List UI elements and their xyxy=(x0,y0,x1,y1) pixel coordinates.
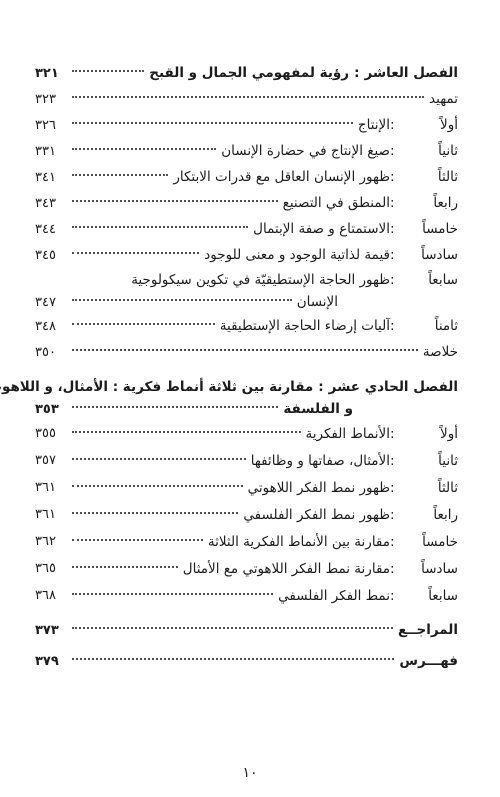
toc-row: ثامناً:آليات إرضاء الحاجة الإستطيقية٣٤٨ xyxy=(35,313,458,339)
toc-entry-colon: : xyxy=(390,117,395,133)
toc-entry-label-column: ثانياً: xyxy=(390,453,458,469)
toc-page-number: ٣٤١ xyxy=(35,170,67,185)
toc-row-line2: الإنسان٣٤٧ xyxy=(35,291,458,313)
toc-chapter-title: رؤية لمفهومي الجمال و القبح xyxy=(149,65,349,81)
toc-row-wrapped: الفصل الحادي عشر:مقارنة بين ثلاثة أنماط … xyxy=(35,375,458,420)
toc-page-number: ٣٤٤ xyxy=(35,222,67,237)
toc-entry-title: آليات إرضاء الحاجة الإستطيقية xyxy=(220,318,390,334)
toc-page-number: ٣٤٧ xyxy=(35,295,67,310)
toc-row-line1: سابعاً:ظهور الحاجة الإستطيقيّة في تكوين … xyxy=(35,268,458,291)
toc-entry-label-column: رابعاً: xyxy=(390,507,458,523)
toc-row: ثالثاً:ظهور نمط الفكر اللاهوتي٣٦١ xyxy=(35,474,458,501)
book-toc-page: الفصل العاشر:رؤية لمفهومي الجمال و القبح… xyxy=(0,0,500,797)
toc-entry-colon: : xyxy=(390,588,395,604)
toc-row-wrapped: سابعاً:ظهور الحاجة الإستطيقيّة في تكوين … xyxy=(35,268,458,313)
toc-entry-title: قيمة لذاتية الوجود و معنى للوجود xyxy=(204,247,390,263)
toc-entry-label-column: ثالثاً: xyxy=(390,169,458,185)
toc-page-number: ٣٦١ xyxy=(35,507,67,522)
toc-entry-colon: : xyxy=(390,169,395,185)
toc-row: خامساً:مقارنة بين الأنماط الفكرية الثلاث… xyxy=(35,528,458,555)
toc-entry-title: الأمثال، صفاتها و وظائفها xyxy=(251,453,390,469)
dot-leader xyxy=(72,485,243,487)
dot-leader xyxy=(72,458,246,460)
toc-entry-label: سادساً xyxy=(421,247,458,263)
toc-entry-label: أولاً xyxy=(440,426,458,442)
toc-entry-colon: : xyxy=(390,507,395,523)
toc-row: خامساً:الاستمتاع و صفة الإبتمال٣٤٤ xyxy=(35,216,458,242)
toc-entry-label-column: أولاً: xyxy=(390,426,458,442)
toc-page-number: ٣٢٦ xyxy=(35,118,67,133)
dot-leader xyxy=(72,566,178,568)
toc-entry-title: المنطق في التصنيع xyxy=(283,195,390,211)
dot-leader xyxy=(72,299,292,301)
toc-entry-colon: : xyxy=(390,561,395,577)
toc-page-number: ٣٢١ xyxy=(35,66,67,81)
toc-chapter-label: الفصل الحادي عشر xyxy=(329,379,458,395)
toc-page-number: ٣٥٧ xyxy=(35,453,67,468)
toc-page-number: ٣٣١ xyxy=(35,144,67,159)
toc-entry-label: رابعاً xyxy=(433,507,458,523)
toc-entry-label-column: سادساً: xyxy=(390,561,458,577)
toc-row: فهـــرس٣٧٩ xyxy=(35,648,458,674)
toc-row: خلاصة٣٥٠ xyxy=(35,339,458,365)
dot-leader xyxy=(72,512,238,514)
dot-leader xyxy=(72,252,199,254)
dot-leader xyxy=(72,349,418,351)
toc-page-number: ٣٦٨ xyxy=(35,588,67,603)
toc-row: أولاً:الإنتاج٣٢٦ xyxy=(35,112,458,138)
toc-row: سابعاً:نمط الفكر الفلسفي٣٦٨ xyxy=(35,582,458,609)
toc-entry-label-column: سابعاً: xyxy=(390,588,458,604)
toc-row: سادساً:قيمة لذاتية الوجود و معنى للوجود٣… xyxy=(35,242,458,268)
dot-leader xyxy=(72,148,216,150)
toc-page-number: ٣٦٢ xyxy=(35,534,67,549)
footer-page-number: ١٠ xyxy=(0,765,500,781)
toc-row: ثالثاً:ظهور الإنسان العاقل مع قدرات الاب… xyxy=(35,164,458,190)
toc-entry-label: ثالثاً xyxy=(438,169,458,185)
toc-entry-title: ظهور نمط الفكر اللاهوتي xyxy=(248,480,390,496)
toc-entry-colon: : xyxy=(390,318,395,334)
toc-page-number: ٣٧٩ xyxy=(35,654,67,669)
dot-leader xyxy=(72,70,144,72)
toc-entry-title: الاستمتاع و صفة الإبتمال xyxy=(253,221,390,237)
dot-leader xyxy=(72,658,394,660)
toc-entry-label: سابعاً xyxy=(428,588,458,604)
toc-entry-colon: : xyxy=(390,221,395,237)
toc-row: الفصل العاشر:رؤية لمفهومي الجمال و القبح… xyxy=(35,60,458,86)
toc-entry-colon: : xyxy=(390,247,395,263)
toc-entry-label-column: ثانياً: xyxy=(390,143,458,159)
toc-page-number: ٣٧٣ xyxy=(35,623,67,638)
dot-leader xyxy=(72,96,424,98)
toc-entry-label: فهـــرس xyxy=(399,653,458,669)
toc-entry-colon: : xyxy=(390,534,395,550)
toc-entry-label-column: أولاً: xyxy=(390,117,458,133)
toc-entry-label: رابعاً xyxy=(433,195,458,211)
toc-entry-colon: : xyxy=(390,480,395,496)
toc-row-line1: الفصل الحادي عشر:مقارنة بين ثلاثة أنماط … xyxy=(35,375,458,398)
toc-entry-title-continued: الإنسان xyxy=(297,294,338,310)
toc-entry-title: ظهور الإنسان العاقل مع قدرات الابتكار xyxy=(173,169,390,185)
toc-entry-label: خامساً xyxy=(422,534,458,550)
toc-chapter-colon: : xyxy=(349,65,364,81)
toc-row: ثانياً:صيغ الإنتاج في حضارة الإنسان٣٣١ xyxy=(35,138,458,164)
dot-leader xyxy=(72,174,168,176)
toc-chapter-label: الفصل العاشر xyxy=(364,65,458,81)
toc-page-number: ٣٦٥ xyxy=(35,561,67,576)
toc-entry-colon: : xyxy=(390,453,395,469)
toc-entry-label: ثانياً xyxy=(438,143,458,159)
toc-entry-label-column: رابعاً: xyxy=(390,195,458,211)
dot-leader xyxy=(72,627,393,629)
toc-entry-label-column: ثالثاً: xyxy=(390,480,458,496)
toc-entry-label: خامساً xyxy=(422,221,458,237)
toc-entry-label: تمهيد xyxy=(429,91,458,107)
dot-leader xyxy=(72,539,203,541)
toc-entry-title: صيغ الإنتاج في حضارة الإنسان xyxy=(221,143,390,159)
dot-leader xyxy=(72,200,278,202)
toc-list: الفصل العاشر:رؤية لمفهومي الجمال و القبح… xyxy=(0,0,500,674)
toc-page-number: ٣٢٣ xyxy=(35,92,67,107)
toc-entry-label: ثانياً xyxy=(438,453,458,469)
toc-page-number: ٣٦١ xyxy=(35,480,67,495)
toc-page-number: ٣٤٨ xyxy=(35,319,67,334)
toc-entry-label: المراجــع xyxy=(398,622,458,638)
toc-page-number: ٣٤٥ xyxy=(35,248,67,263)
toc-entry-label: ثالثاً xyxy=(438,480,458,496)
toc-row: أولاً:الأنماط الفكرية٣٥٥ xyxy=(35,420,458,447)
toc-entry-colon: : xyxy=(390,426,395,442)
toc-row: تمهيد٣٢٣ xyxy=(35,86,458,112)
toc-entry-label: خلاصة xyxy=(423,344,458,360)
toc-entry-label-column: خامساً: xyxy=(390,221,458,237)
toc-entry-title-continued: و الفلسفة xyxy=(283,401,353,417)
toc-entry-title: الأنماط الفكرية xyxy=(306,426,391,442)
toc-entry-label: سابعاً xyxy=(428,272,458,288)
toc-entry-title: نمط الفكر الفلسفي xyxy=(278,588,390,604)
toc-row: ثانياً:الأمثال، صفاتها و وظائفها٣٥٧ xyxy=(35,447,458,474)
toc-row: المراجــع٣٧٣ xyxy=(35,617,458,643)
toc-page-number: ٣٤٣ xyxy=(35,196,67,211)
toc-entry-label-column: سابعاً: xyxy=(390,272,458,288)
toc-row: سادساً:مقارنة نمط الفكر اللاهوتي مع الأم… xyxy=(35,555,458,582)
toc-page-number: ٣٥٣ xyxy=(35,402,67,417)
toc-entry-label-column: سادساً: xyxy=(390,247,458,263)
toc-page-number: ٣٥٠ xyxy=(35,345,67,360)
toc-entry-title: ظهور الحاجة الإستطيقيّة في تكوين سيكولوج… xyxy=(131,272,390,288)
dot-leader xyxy=(72,226,248,228)
dot-leader xyxy=(72,431,301,433)
toc-entry-colon: : xyxy=(390,272,395,288)
toc-chapter-colon: : xyxy=(313,379,328,395)
toc-entry-colon: : xyxy=(390,143,395,159)
toc-entry-label-column: ثامناً: xyxy=(390,318,458,334)
dot-leader xyxy=(72,323,215,325)
toc-page-number: ٣٥٥ xyxy=(35,426,67,441)
dot-leader xyxy=(72,122,353,124)
toc-chapter-title: مقارنة بين ثلاثة أنماط فكرية : الأمثال، … xyxy=(0,379,313,395)
toc-entry-label: سادساً xyxy=(421,561,458,577)
toc-entry-label-column: خامساً: xyxy=(390,534,458,550)
toc-row-line2: و الفلسفة٣٥٣ xyxy=(35,398,458,420)
dot-leader xyxy=(72,406,278,408)
toc-entry-label: ثامناً xyxy=(435,318,458,334)
toc-entry-title: مقارنة بين الأنماط الفكرية الثلاثة xyxy=(208,534,390,550)
dot-leader xyxy=(72,593,273,595)
toc-row: رابعاً:المنطق في التصنيع٣٤٣ xyxy=(35,190,458,216)
toc-entry-title: مقارنة نمط الفكر اللاهوتي مع الأمثال xyxy=(183,561,390,577)
toc-entry-label: أولاً xyxy=(440,117,458,133)
toc-entry-colon: : xyxy=(390,195,395,211)
toc-entry-title: الإنتاج xyxy=(358,117,390,133)
toc-row: رابعاً:ظهور نمط الفكر الفلسفي٣٦١ xyxy=(35,501,458,528)
toc-entry-title: ظهور نمط الفكر الفلسفي xyxy=(243,507,390,523)
